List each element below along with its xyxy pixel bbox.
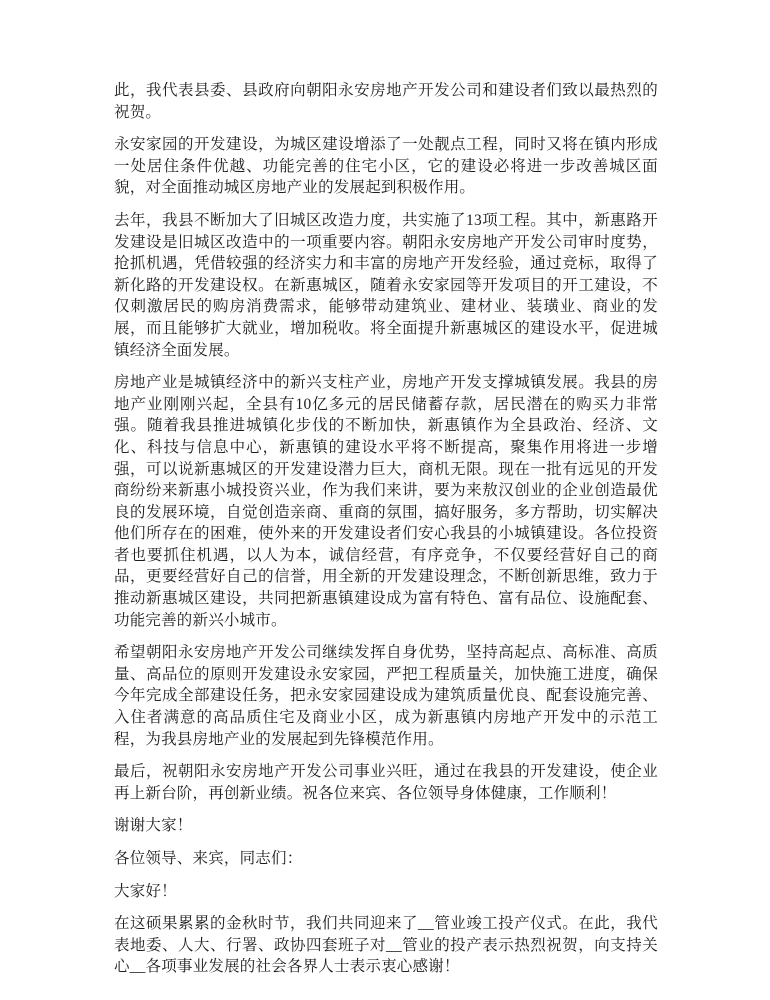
paragraph-final-wishes: 最后，祝朝阳永安房地产开发公司事业兴旺，通过在我县的开发建设，使企业再上新台阶，… [114, 761, 658, 804]
paragraph-greeting: 大家好！ [114, 881, 658, 903]
paragraph-renovation-projects: 去年，我县不断加大了旧城区改造力度，共实施了13项工程。其中，新惠路开发建设是旧… [114, 210, 658, 361]
document-page: 此，我代表县委、县政府向朝阳永安房地产开发公司和建设者们致以最热烈的祝贺。 永安… [0, 0, 770, 1000]
paragraph-thanks: 谢谢大家！ [114, 815, 658, 837]
paragraph-salutation: 各位领导、来宾，同志们： [114, 848, 658, 870]
document-content: 此，我代表县委、县政府向朝阳永安房地产开发公司和建设者们致以最热烈的祝贺。 永安… [0, 0, 770, 978]
paragraph-congratulations: 此，我代表县委、县政府向朝阳永安房地产开发公司和建设者们致以最热烈的祝贺。 [114, 80, 658, 123]
paragraph-yongan-project: 永安家园的开发建设，为城区建设增添了一处靓点工程，同时又将在镇内形成一处居住条件… [114, 134, 658, 199]
paragraph-hope-company: 希望朝阳永安房地产开发公司继续发挥自身优势，坚持高起点、高标准、高质量、高品位的… [114, 642, 658, 750]
paragraph-real-estate-industry: 房地产业是城镇经济中的新兴支柱产业，房地产开发支撑城镇发展。我县的房地产业刚刚兴… [114, 372, 658, 631]
paragraph-new-speech-opening: 在这硕果累累的金秋时节，我们共同迎来了__管业竣工投产仪式。在此，我代表地委、人… [114, 913, 658, 978]
